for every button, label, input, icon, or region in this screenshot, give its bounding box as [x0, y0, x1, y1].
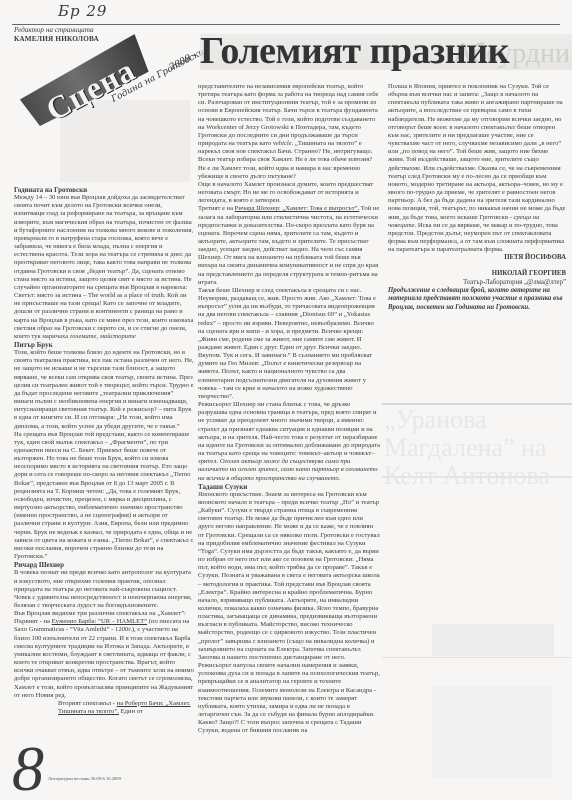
subhead-year-of-grotowski: Годината на Гротовски — [14, 186, 194, 194]
article-column-left: Годината на Гротовски Между 14 – 30 юни … — [14, 186, 194, 716]
paragraph: Първият - на Еуженио Барба: “UR – HAMLET… — [14, 618, 194, 700]
editor-name: КАМЕЛИЯ НИКОЛОВА — [14, 35, 99, 44]
article-column-middle: представителите на независимия европейск… — [198, 83, 380, 736]
handwritten-issue-note: Бр 29 — [58, 2, 107, 20]
page-number: 8 — [12, 738, 44, 800]
editor-role: Редактор на страницата — [14, 26, 99, 35]
subhead-peter-brook: Питър Брук — [14, 341, 194, 349]
author-block-2: НИКОЛАЙ ГЕОРГИЕВ Театър-Лаборатория „@лм… — [388, 270, 566, 286]
paragraph: В човека познат ни преди всичко като ант… — [14, 569, 194, 610]
continuation-note: Продължение в следващия брой, когато авт… — [388, 287, 566, 312]
author-organization: Театър-Лаборатория „@лма@лтер” — [388, 279, 566, 287]
paragraph: представителите на независимия европейск… — [198, 83, 380, 181]
subhead-richard-schechner: Ричард Шехнер — [14, 561, 194, 569]
paragraph: Още в началото Хамлет произнася думите, … — [198, 181, 380, 205]
schechner-reference: Ричард Шехнер: „Хамлет: Това е въпросът”… — [235, 205, 359, 212]
article-column-right: Полша в Япония, приятел и поклонник на С… — [388, 83, 566, 312]
bleed-through-image — [432, 686, 552, 778]
bleed-through-image — [432, 624, 554, 656]
author-nikolay-georgiev: НИКОЛАЙ ГЕОРГИЕВ — [388, 270, 566, 278]
paragraph: На срещата във Вроцлав той представи, ка… — [14, 431, 194, 562]
paragraph: Този, който беше толкова близо до идеите… — [14, 349, 194, 431]
paragraph: Третият е на Ричард Шехнер: „Хамлет: Тов… — [198, 205, 380, 287]
page-headline: Големият празник — [200, 30, 509, 72]
issue-footer: Литературен вестник 30.09-6.10.2009 — [48, 776, 121, 781]
newspaper-page: Бр 29 Редактор на страницата КАМЕЛИЯ НИК… — [0, 0, 572, 800]
bleed-through-rule — [382, 657, 572, 658]
author-petya-yosifova: ПЕТЯ ЙОСИФОВА — [388, 254, 566, 262]
paragraph: Японското присъствие. Знаем за интереса … — [198, 491, 380, 736]
paragraph: Режисьорът Шехнер ни стана близък с това… — [198, 401, 380, 483]
subhead-tadashi-suzuki: Тадаши Сузуки — [198, 483, 380, 491]
paragraph: Във Вроцлав видяхме три различни спектак… — [14, 610, 194, 618]
paragraph: Вторият спектакъл - на Роберто Бачи: „Ха… — [14, 700, 194, 716]
paragraph: Такъв беше Шехнер и след спектакъла в ср… — [198, 287, 380, 401]
barba-reference: Еуженио Барба: “UR – HAMLET” — [52, 618, 147, 625]
bleed-through-rule — [382, 476, 572, 478]
top-rule — [12, 24, 560, 25]
editor-credit: Редактор на страницата КАМЕЛИЯ НИКОЛОВА — [14, 26, 99, 43]
paragraph: Между 14 – 30 юни във Вроцлав дойдоха да… — [14, 194, 194, 341]
paragraph: Полша в Япония, приятел и поклонник на С… — [388, 83, 566, 254]
